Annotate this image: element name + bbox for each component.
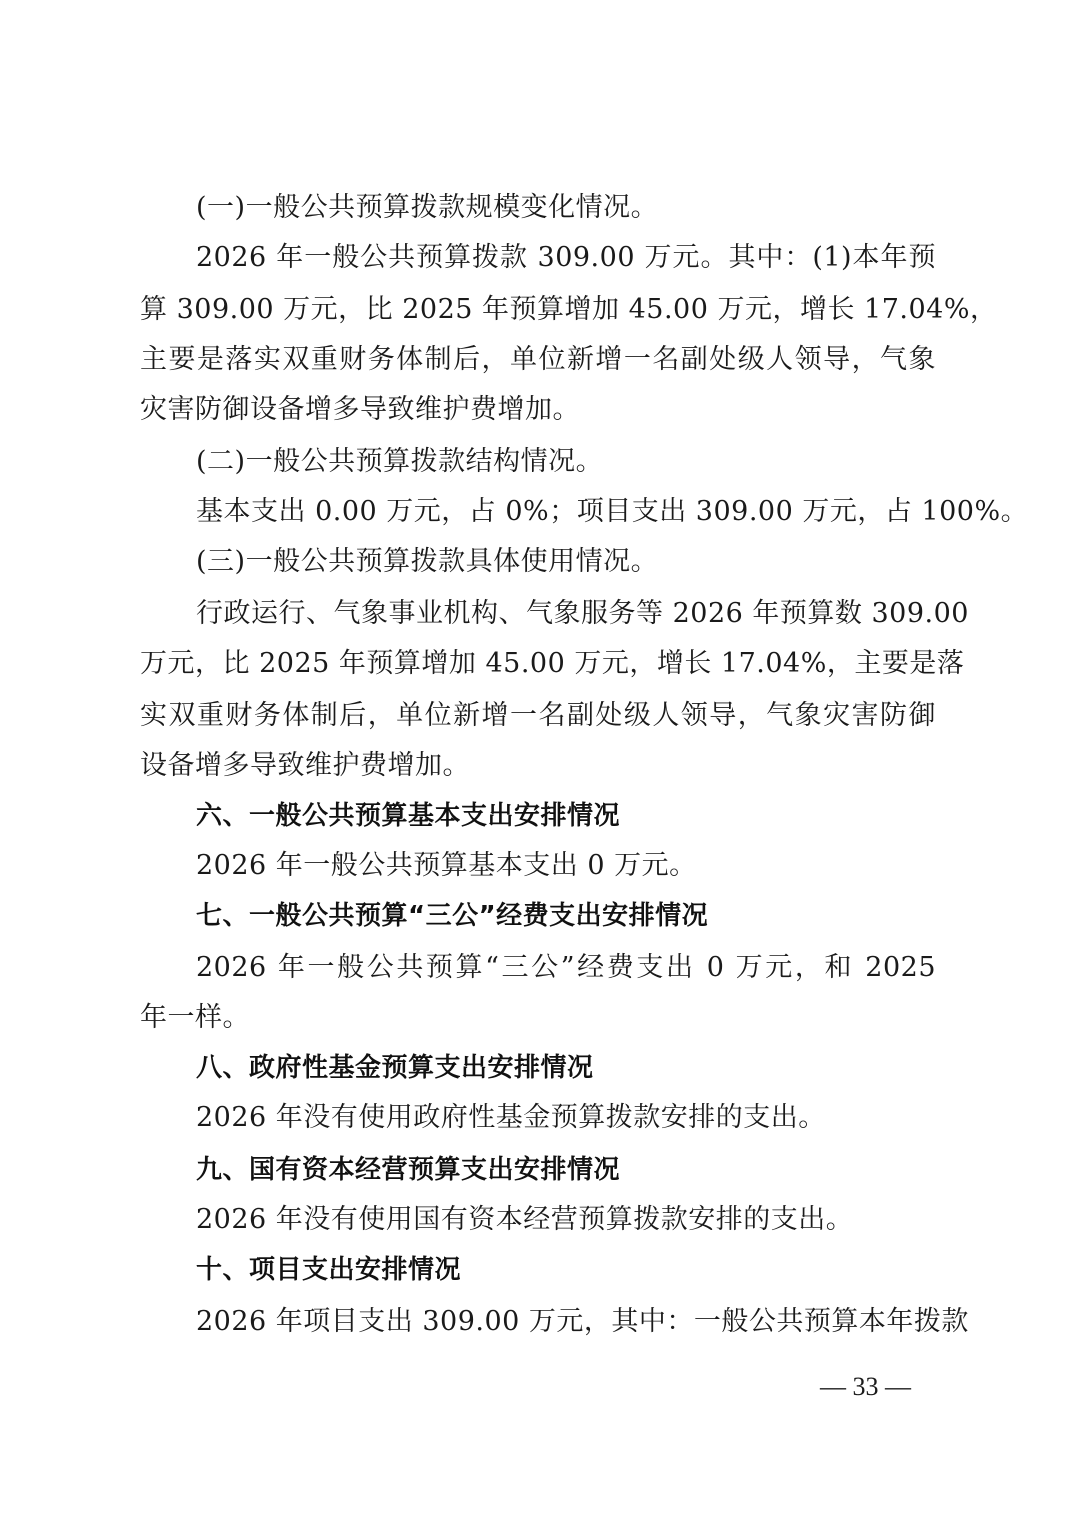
section-heading-10: 十、项目支出安排情况 bbox=[196, 1252, 936, 1288]
paragraph-line: 实双重财务体制后，单位新增一名副处级人领导，气象灾害防御 bbox=[140, 698, 936, 734]
paragraph-line: 灾害防御设备增多导致维护费增加。 bbox=[140, 392, 936, 428]
subheading-3: (三)一般公共预算拨款具体使用情况。 bbox=[196, 544, 936, 580]
paragraph-line: 年一样。 bbox=[140, 1000, 936, 1036]
document-page: (一)一般公共预算拨款规模变化情况。 2026 年一般公共预算拨款 309.00… bbox=[0, 0, 1074, 1520]
section-heading-8: 八、政府性基金预算支出安排情况 bbox=[196, 1050, 936, 1086]
paragraph-line: 2026 年一般公共预算“三公”经费支出 0 万元，和 2025 bbox=[196, 950, 936, 986]
paragraph-line: 行政运行、气象事业机构、气象服务等 2026 年预算数 309.00 bbox=[196, 596, 936, 632]
paragraph-line: 算 309.00 万元，比 2025 年预算增加 45.00 万元，增长 17.… bbox=[140, 292, 936, 328]
subheading-2: (二)一般公共预算拨款结构情况。 bbox=[196, 444, 936, 480]
paragraph-line: 万元，比 2025 年预算增加 45.00 万元，增长 17.04%，主要是落 bbox=[140, 646, 936, 682]
paragraph-line: 2026 年没有使用国有资本经营预算拨款安排的支出。 bbox=[196, 1202, 936, 1238]
paragraph-line: 2026 年没有使用政府性基金预算拨款安排的支出。 bbox=[196, 1100, 936, 1136]
paragraph-line: 2026 年一般公共预算拨款 309.00 万元。其中：(1)本年预 bbox=[196, 240, 936, 276]
section-heading-7: 七、一般公共预算“三公”经费支出安排情况 bbox=[196, 898, 936, 934]
page-number: — 33 — bbox=[820, 1372, 911, 1402]
paragraph-line: 2026 年一般公共预算基本支出 0 万元。 bbox=[196, 848, 936, 884]
paragraph-line: 2026 年项目支出 309.00 万元，其中：一般公共预算本年拨款 bbox=[196, 1304, 936, 1340]
paragraph-line: 基本支出 0.00 万元，占 0%；项目支出 309.00 万元，占 100%。 bbox=[196, 494, 936, 530]
section-heading-6: 六、一般公共预算基本支出安排情况 bbox=[196, 798, 936, 834]
section-heading-9: 九、国有资本经营预算支出安排情况 bbox=[196, 1152, 936, 1188]
paragraph-line: 主要是落实双重财务体制后，单位新增一名副处级人领导，气象 bbox=[140, 342, 936, 378]
subheading-1: (一)一般公共预算拨款规模变化情况。 bbox=[196, 190, 936, 226]
paragraph-line: 设备增多导致维护费增加。 bbox=[140, 748, 936, 784]
